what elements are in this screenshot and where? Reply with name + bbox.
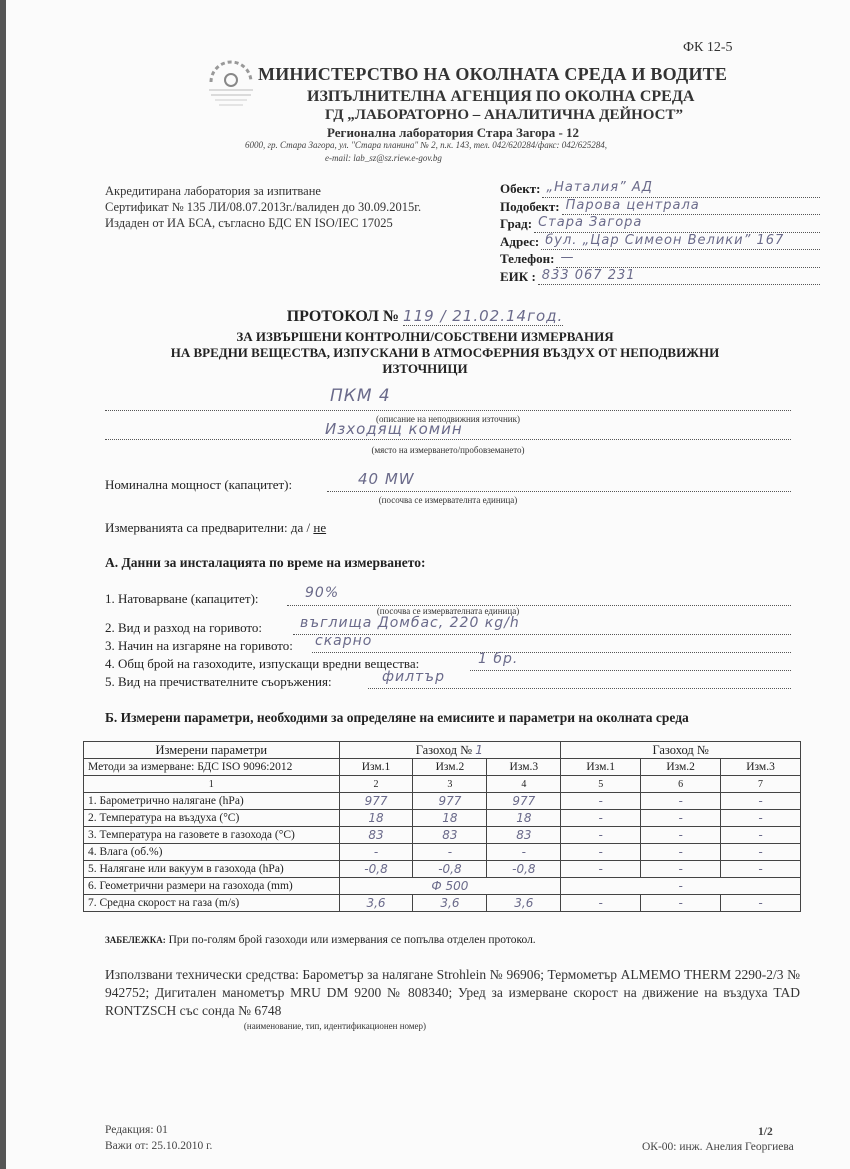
protocol-subtitle-1: ЗА ИЗВЪРШЕНИ КОНТРОЛНИ/СОБСТВЕНИ ИЗМЕРВА… bbox=[0, 329, 850, 345]
subheader-cell: Изм.3 bbox=[721, 759, 801, 776]
parameter-value: 977 bbox=[413, 793, 487, 810]
gas-duct-1-header: Газоход № 1 bbox=[339, 742, 561, 759]
protocol-title: ПРОТОКОЛ № 119 / 21.02.14год. bbox=[0, 307, 850, 326]
eik-field: ЕИК :833 067 231 bbox=[500, 268, 820, 286]
parameter-label: 7. Средна скорост на газа (m/s) bbox=[84, 895, 340, 912]
parameter-value: - bbox=[721, 895, 801, 912]
measurement-place-line bbox=[105, 438, 791, 440]
valid-from: Важи от: 25.10.2010 г. bbox=[105, 1140, 212, 1152]
table-header-row: Измерени параметри Газоход № 1 Газоход № bbox=[84, 742, 801, 759]
parameter-value: 977 bbox=[487, 793, 561, 810]
edition: Редакция: 01 bbox=[105, 1124, 168, 1136]
combustion-line bbox=[312, 651, 791, 653]
col-number: 6 bbox=[641, 776, 721, 793]
lab-email: e-mail: lab_sz@sz.riew.e-gov.bg bbox=[325, 153, 442, 163]
parameter-value: - bbox=[641, 895, 721, 912]
address-value: бул. „Цар Симеон Велики” 167 bbox=[545, 232, 784, 250]
source-description-line bbox=[105, 409, 791, 411]
parameter-value: 83 bbox=[413, 827, 487, 844]
page-number: 1/2 bbox=[758, 1126, 773, 1138]
subheader-cell: Изм.1 bbox=[339, 759, 413, 776]
parameter-value: 18 bbox=[413, 810, 487, 827]
params-column-header: Измерени параметри bbox=[84, 742, 340, 759]
parameter-label: 3. Температура на газовете в газохода (°… bbox=[84, 827, 340, 844]
subobject-value: Парова централа bbox=[566, 197, 700, 215]
nominal-power-line bbox=[327, 490, 791, 492]
parameter-value: - bbox=[721, 861, 801, 878]
section-b-title: Б. Измерени параметри, необходими за опр… bbox=[105, 710, 689, 726]
phone-field: Телефон:— bbox=[500, 250, 820, 268]
equipment-caption: (наименование, тип, идентификационен ном… bbox=[105, 1021, 565, 1031]
regional-lab-name: Регионална лаборатория Стара Загора - 12 bbox=[327, 125, 579, 141]
parameter-value: 3,6 bbox=[339, 895, 413, 912]
parameter-value: 977 bbox=[339, 793, 413, 810]
parameter-label: 6. Геометрични размери на газохода (mm) bbox=[84, 878, 340, 895]
column-number-row: 1 2 3 4 5 6 7 bbox=[84, 776, 801, 793]
treatment-value: филтър bbox=[382, 669, 445, 685]
treatment-label: 5. Вид на пречиствателните съоръжения: bbox=[105, 674, 332, 690]
accreditation-line: Акредитирана лаборатория за изпитване bbox=[105, 183, 421, 199]
city-value: Стара Загора bbox=[538, 214, 642, 232]
agency-name: ИЗПЪЛНИТЕЛНА АГЕНЦИЯ ПО ОКОЛНА СРЕДА bbox=[307, 88, 694, 106]
eik-value: 833 067 231 bbox=[542, 267, 636, 285]
nominal-power-value: 40 MW bbox=[358, 470, 415, 488]
parameter-value: -0,8 bbox=[413, 861, 487, 878]
parameter-value: - bbox=[721, 793, 801, 810]
methods-cell: Методи за измерване: БДС ISO 9096:2012 bbox=[84, 759, 340, 776]
parameter-value: 83 bbox=[339, 827, 413, 844]
table-row: 6. Геометрични размери на газохода (mm)Ф… bbox=[84, 878, 801, 895]
parameter-value: - bbox=[561, 810, 641, 827]
phone-value: — bbox=[560, 249, 574, 267]
parameter-value: 83 bbox=[487, 827, 561, 844]
parameter-value: - bbox=[721, 827, 801, 844]
preliminary-question: Измерванията са предварителни: да / не bbox=[105, 520, 326, 536]
object-value: „Наталия” АД bbox=[546, 179, 653, 197]
accreditation-block: Акредитирана лаборатория за изпитване Се… bbox=[105, 183, 421, 231]
object-info-block: Обект:„Наталия” АД Подобект:Парова центр… bbox=[500, 180, 820, 285]
city-field: Град:Стара Загора bbox=[500, 215, 820, 233]
subobject-field: Подобект:Парова централа bbox=[500, 198, 820, 216]
nominal-power-label: Номинална мощност (капацитет): bbox=[105, 477, 292, 493]
table-row: 3. Температура на газовете в газохода (°… bbox=[84, 827, 801, 844]
col-number: 7 bbox=[721, 776, 801, 793]
parameter-value: - bbox=[721, 810, 801, 827]
note-text: При по-голям брой газоходи или измервани… bbox=[169, 934, 536, 946]
parameter-value: -0,8 bbox=[339, 861, 413, 878]
note: ЗАБЕЛЕЖКА: При по-голям брой газоходи ил… bbox=[105, 934, 536, 946]
fuel-label: 2. Вид и разход на горивото: bbox=[105, 620, 262, 636]
parameter-value: - bbox=[339, 844, 413, 861]
parameter-label: 4. Влага (об.%) bbox=[84, 844, 340, 861]
treatment-line bbox=[368, 687, 791, 689]
subheader-cell: Изм.1 bbox=[561, 759, 641, 776]
parameter-value: 18 bbox=[487, 810, 561, 827]
col-number: 4 bbox=[487, 776, 561, 793]
table-subheader-row: Методи за измерване: БДС ISO 9096:2012 И… bbox=[84, 759, 801, 776]
ministry-logo-icon bbox=[205, 60, 257, 112]
certificate-line: Сертификат № 135 ЛИ/08.07.2013г./валиден… bbox=[105, 199, 421, 215]
parameter-value: - bbox=[721, 844, 801, 861]
directorate-name: ГД „ЛАБОРАТОРНО – АНАЛИТИЧНА ДЕЙНОСТ” bbox=[325, 107, 683, 124]
parameter-value: - bbox=[561, 878, 801, 895]
object-field: Обект:„Наталия” АД bbox=[500, 180, 820, 198]
form-code: ФК 12-5 bbox=[683, 40, 733, 56]
parameter-value: - bbox=[641, 844, 721, 861]
issued-by-line: Издаден от ИА БСА, съгласно БДС EN ISO/I… bbox=[105, 215, 421, 231]
parameter-value: - bbox=[561, 895, 641, 912]
combustion-label: 3. Начин на изгаряне на горивото: bbox=[105, 638, 293, 654]
col-number: 3 bbox=[413, 776, 487, 793]
col-number: 2 bbox=[339, 776, 413, 793]
subheader-cell: Изм.3 bbox=[487, 759, 561, 776]
parameter-value: 3,6 bbox=[487, 895, 561, 912]
note-label: ЗАБЕЛЕЖКА: bbox=[105, 935, 166, 945]
protocol-number: 119 / 21.02.14год. bbox=[403, 307, 563, 326]
subheader-cell: Изм.2 bbox=[413, 759, 487, 776]
section-a-title: А. Данни за инсталацията по време на изм… bbox=[105, 555, 426, 571]
table-row: 4. Влага (об.%)------ bbox=[84, 844, 801, 861]
preliminary-answer: не bbox=[313, 520, 326, 535]
gas-duct-2-header: Газоход № bbox=[561, 742, 801, 759]
ducts-count-value: 1 бр. bbox=[478, 651, 518, 667]
parameter-value: - bbox=[413, 844, 487, 861]
fuel-value: въглища Домбас, 220 кg/h bbox=[300, 615, 520, 631]
parameter-value: - bbox=[641, 861, 721, 878]
parameter-value: - bbox=[561, 827, 641, 844]
parameter-value: - bbox=[561, 844, 641, 861]
parameter-value: - bbox=[641, 810, 721, 827]
table-row: 1. Барометрично налягане (hPa)977977977-… bbox=[84, 793, 801, 810]
nominal-power-caption: (посочва се измервателнта единица) bbox=[105, 495, 791, 505]
address-field: Адрес:бул. „Цар Симеон Велики” 167 bbox=[500, 233, 820, 251]
ministry-name: МИНИСТЕРСТВО НА ОКОЛНАТА СРЕДА И ВОДИТЕ bbox=[258, 64, 727, 85]
parameter-label: 5. Налягане или вакуум в газохода (hPa) bbox=[84, 861, 340, 878]
ducts-count-label: 4. Общ брой на газоходите, изпускащи вре… bbox=[105, 656, 419, 672]
measurement-place-caption: (място на измерването/пробовземането) bbox=[105, 445, 791, 455]
equipment-text: Използвани технически средства: Барометъ… bbox=[105, 966, 800, 1020]
combustion-value: скарно bbox=[315, 633, 372, 649]
load-label: 1. Натоварване (капацитет): bbox=[105, 591, 259, 607]
scan-edge bbox=[0, 0, 6, 1169]
parameter-label: 2. Температура на въздуха (°C) bbox=[84, 810, 340, 827]
parameter-value: - bbox=[641, 793, 721, 810]
load-value: 90% bbox=[305, 585, 339, 601]
parameter-value: - bbox=[561, 793, 641, 810]
parameter-value: 18 bbox=[339, 810, 413, 827]
ducts-count-line bbox=[470, 669, 791, 671]
table-row: 5. Налягане или вакуум в газохода (hPa)-… bbox=[84, 861, 801, 878]
col-number: 1 bbox=[84, 776, 340, 793]
measured-parameters-table: Измерени параметри Газоход № 1 Газоход №… bbox=[83, 741, 801, 912]
parameter-value: Ф 500 bbox=[339, 878, 561, 895]
parameter-value: - bbox=[487, 844, 561, 861]
table-row: 7. Средна скорост на газа (m/s)3,63,63,6… bbox=[84, 895, 801, 912]
protocol-subtitle-2: НА ВРЕДНИ ВЕЩЕСТВА, ИЗПУСКАНИ В АТМОСФЕР… bbox=[0, 345, 850, 361]
parameter-value: -0,8 bbox=[487, 861, 561, 878]
parameter-value: - bbox=[561, 861, 641, 878]
lab-address: 6000, гр. Стара Загора, ул. "Стара плани… bbox=[245, 140, 607, 150]
parameter-value: 3,6 bbox=[413, 895, 487, 912]
parameter-value: - bbox=[641, 827, 721, 844]
parameter-label: 1. Барометрично налягане (hPa) bbox=[84, 793, 340, 810]
table-row: 2. Температура на въздуха (°C)181818--- bbox=[84, 810, 801, 827]
measurement-place-value: Изходящ комин bbox=[325, 420, 463, 438]
protocol-subtitle-3: ИЗТОЧНИЦИ bbox=[0, 361, 850, 377]
source-description-value: ПКМ 4 bbox=[330, 386, 391, 406]
subheader-cell: Изм.2 bbox=[641, 759, 721, 776]
col-number: 5 bbox=[561, 776, 641, 793]
document-owner: ОК-00: инж. Анелия Георгиева bbox=[642, 1141, 794, 1153]
